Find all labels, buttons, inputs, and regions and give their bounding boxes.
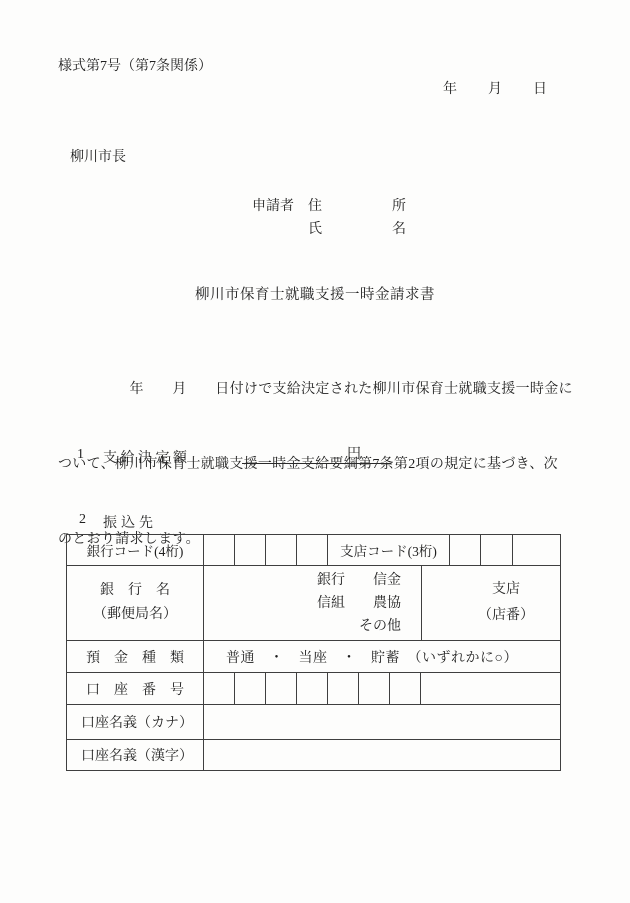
branch-label-line2: （店番） — [478, 603, 534, 629]
bank-name-label: 銀 行 名 （郵便局名） — [67, 566, 203, 640]
account-number-digit-cell — [203, 673, 234, 704]
bank-code-digit-cell — [265, 535, 296, 565]
applicant-label: 申請者 — [252, 195, 294, 215]
table-row-account-number: 口 座 番 号 — [67, 672, 560, 704]
section1-number: 1 — [77, 447, 84, 463]
document-title: 柳川市保育士就職支援一時金請求書 — [0, 283, 630, 304]
account-number-digit-cell — [327, 673, 358, 704]
account-name-kana-label: 口座名義（カナ） — [67, 705, 203, 739]
branch-code-label: 支店コード(3桁) — [327, 535, 449, 565]
table-row-bank-name: 銀 行 名 （郵便局名） 銀行 信金 信組 農協 その他 支店 （店番） — [67, 565, 560, 640]
form-number: 様式第7号（第7条関係） — [58, 55, 212, 75]
bank-code-digit-cell — [296, 535, 327, 565]
body-line-1: 年 月 日付けで支給決定された柳川市保育士就職支援一時金に — [58, 377, 576, 402]
bank-code-digit-cell — [234, 535, 265, 565]
deposit-type-options: 普通 ・ 当座 ・ 貯蓄 （いずれかに○） — [203, 641, 560, 672]
amount-blank-field: 円 — [242, 443, 391, 464]
account-number-digit-cell — [358, 673, 389, 704]
section2-number: 2 — [79, 512, 86, 528]
bank-name-label-line2: （郵便局名） — [93, 603, 177, 627]
applicant-address-line: 住 所 — [308, 195, 406, 215]
account-number-label: 口 座 番 号 — [67, 673, 203, 704]
addressee: 柳川市長 — [70, 146, 126, 166]
account-number-digit-cell — [265, 673, 296, 704]
section2-label: 振込先 — [103, 512, 157, 532]
table-row-account-name-kana: 口座名義（カナ） — [67, 704, 560, 739]
account-name-kanji-label: 口座名義（漢字） — [67, 740, 203, 770]
date-line: 年 月 日 — [443, 78, 548, 98]
deposit-type-label: 預 金 種 類 — [67, 641, 203, 672]
branch-label-line1: 支店 — [492, 577, 520, 603]
amount-unit: 円 — [347, 447, 361, 462]
branch-code-digit-cell — [449, 535, 480, 565]
table-row-bank-code: 銀行コード(4桁) 支店コード(3桁) — [67, 535, 560, 565]
bank-type-option-line3: その他 — [359, 615, 401, 638]
table-row-deposit-type: 預 金 種 類 普通 ・ 当座 ・ 貯蓄 （いずれかに○） — [67, 640, 560, 672]
section1-label: 支給決定額 — [103, 447, 191, 467]
table-row-account-name-kanji: 口座名義（漢字） — [67, 739, 560, 770]
document-page: 様式第7号（第7条関係） 年 月 日 柳川市長 申請者 住 所 氏 名 柳川市保… — [0, 0, 630, 903]
branch-name-cell: 支店 （店番） — [421, 566, 560, 640]
account-number-extra-cell — [420, 673, 560, 704]
bank-name-entry-cell: 銀行 信金 信組 農協 その他 — [203, 566, 421, 640]
applicant-name-line: 氏 名 — [308, 218, 406, 238]
account-name-kana-entry-cell — [203, 705, 560, 739]
account-name-kanji-entry-cell — [203, 740, 560, 770]
branch-code-digit-cell — [480, 535, 512, 565]
bank-type-option-line2: 信組 農協 — [317, 592, 401, 615]
bank-code-digit-cell — [203, 535, 234, 565]
bank-transfer-table: 銀行コード(4桁) 支店コード(3桁) 銀 行 名 （郵便局名） 銀行 信金 信… — [66, 534, 561, 771]
account-number-digit-cell — [234, 673, 265, 704]
account-number-digit-cell — [296, 673, 327, 704]
bank-name-label-line1: 銀 行 名 — [100, 579, 170, 603]
account-number-digit-cell — [389, 673, 420, 704]
bank-type-option-line1: 銀行 信金 — [317, 569, 401, 592]
bank-code-label: 銀行コード(4桁) — [67, 535, 203, 565]
branch-code-digit-cell — [512, 535, 560, 565]
